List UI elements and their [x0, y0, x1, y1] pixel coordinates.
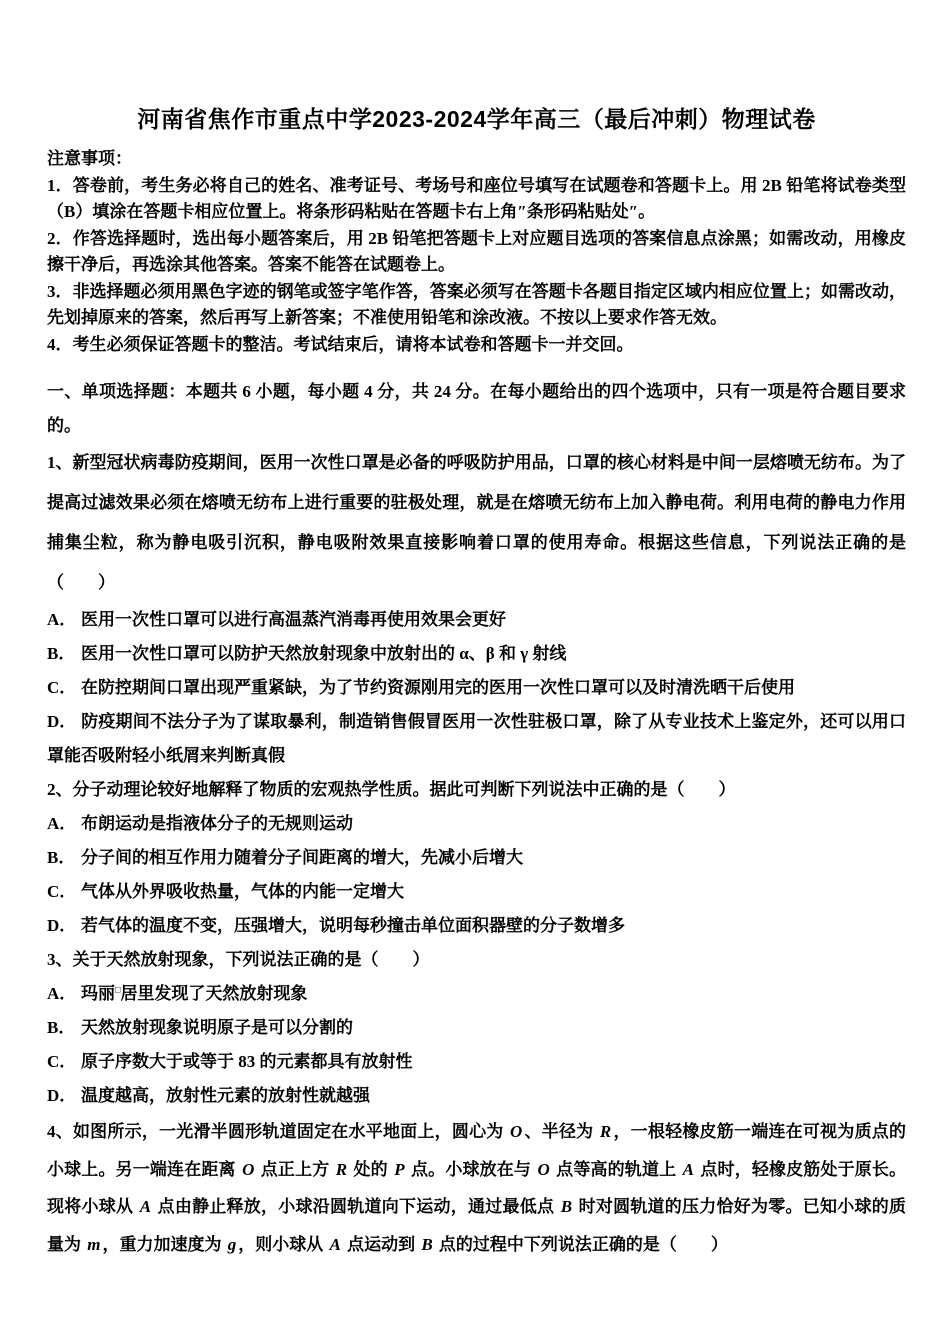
- question-3-option-b: B．天然放射现象说明原子是可以分割的: [47, 1011, 906, 1045]
- option-label: C．: [47, 875, 81, 909]
- question-2-option-d: D．若气体的温度不变，压强增大，说明每秒撞击单位面积器壁的分子数增多: [47, 909, 906, 943]
- single-choice-section: 一、单项选择题：本题共 6 小题，每小题 4 分，共 24 分。在每小题给出的四…: [47, 375, 906, 1263]
- option-text: 温度越高，放射性元素的放射性就越强: [81, 1086, 370, 1105]
- notice-heading: 注意事项：: [47, 146, 906, 173]
- option-label: A．: [47, 807, 81, 841]
- question-1-option-c: C．在防控期间口罩出现严重紧缺，为了节约资源刚用完的医用一次性口罩可以及时清洗晒…: [47, 671, 906, 705]
- question-2-option-c: C．气体从外界吸收热量，气体的内能一定增大: [47, 875, 906, 909]
- question-1-stem: 1、新型冠状病毒防疫期间，医用一次性口罩是必备的呼吸防护用品，口罩的核心材料是中…: [47, 443, 906, 603]
- notice-item-1: 1．答卷前，考生务必将自己的姓名、准考证号、考场号和座位号填写在试题卷和答题卡上…: [47, 173, 906, 226]
- notice-item-3: 3．非选择题必须用黑色字迹的钢笔或签字笔作答，答案必须写在答题卡各题目指定区域内…: [47, 279, 906, 332]
- option-label: C．: [47, 671, 81, 705]
- option-label: A．: [47, 603, 81, 637]
- option-text: 防疫期间不法分子为了谋取暴利，制造销售假冒医用一次性驻极口罩，除了从专业技术上鉴…: [47, 712, 906, 765]
- option-text: 原子序数大于或等于 83 的元素都具有放射性: [81, 1052, 413, 1071]
- option-label: B．: [47, 1011, 81, 1045]
- option-text: 气体从外界吸收热量，气体的内能一定增大: [81, 882, 404, 901]
- option-text: 医用一次性口罩可以防护天然放射现象中放射出的 α、β 和 γ 射线: [81, 644, 566, 663]
- option-text: 分子间的相互作用力随着分子间距离的增大，先减小后增大: [81, 848, 523, 867]
- option-label: B．: [47, 841, 81, 875]
- option-text: 医用一次性口罩可以进行高温蒸汽消毒再使用效果会更好: [81, 610, 506, 629]
- option-label: D．: [47, 705, 81, 739]
- option-text: 天然放射现象说明原子是可以分割的: [81, 1018, 353, 1037]
- question-2-stem: 2、分子动理论较好地解释了物质的宏观热学性质。据此可判断下列说法中正确的是（ ）: [47, 773, 906, 807]
- option-label: B．: [47, 637, 81, 671]
- question-1-option-d: D．防疫期间不法分子为了谋取暴利，制造销售假冒医用一次性驻极口罩，除了从专业技术…: [47, 705, 906, 773]
- question-2-option-b: B．分子间的相互作用力随着分子间距离的增大，先减小后增大: [47, 841, 906, 875]
- notice-item-4: 4．考生必须保证答题卡的整洁。考试结束后，请将本试卷和答题卡一并交回。: [47, 332, 906, 359]
- question-4-stem: 4、如图所示，一光滑半圆形轨道固定在水平地面上，圆心为 O、半径为 R，一根轻橡…: [47, 1113, 906, 1263]
- question-3: 3、关于天然放射现象，下列说法正确的是（ ） A．玛丽□居里发现了天然放射现象 …: [47, 943, 906, 1113]
- question-3-stem: 3、关于天然放射现象，下列说法正确的是（ ）: [47, 943, 906, 977]
- notice-item-2: 2．作答选择题时，选出每小题答案后，用 2B 铅笔把答题卡上对应题目选项的答案信…: [47, 226, 906, 279]
- question-2: 2、分子动理论较好地解释了物质的宏观热学性质。据此可判断下列说法中正确的是（ ）…: [47, 773, 906, 943]
- question-3-option-d: D．温度越高，放射性元素的放射性就越强: [47, 1079, 906, 1113]
- option-text: 在防控期间口罩出现严重紧缺，为了节约资源刚用完的医用一次性口罩可以及时清洗晒干后…: [81, 678, 795, 697]
- option-text: 玛丽□居里发现了天然放射现象: [81, 984, 307, 1003]
- option-label: D．: [47, 1079, 81, 1113]
- question-3-option-c: C．原子序数大于或等于 83 的元素都具有放射性: [47, 1045, 906, 1079]
- question-4: 4、如图所示，一光滑半圆形轨道固定在水平地面上，圆心为 O、半径为 R，一根轻橡…: [47, 1113, 906, 1263]
- option-label: A．: [47, 977, 81, 1011]
- question-3-option-a: A．玛丽□居里发现了天然放射现象: [47, 977, 906, 1011]
- notice-section: 注意事项： 1．答卷前，考生务必将自己的姓名、准考证号、考场号和座位号填写在试题…: [47, 146, 906, 358]
- option-label: C．: [47, 1045, 81, 1079]
- question-1-option-a: A．医用一次性口罩可以进行高温蒸汽消毒再使用效果会更好: [47, 603, 906, 637]
- option-text: 若气体的温度不变，压强增大，说明每秒撞击单位面积器壁的分子数增多: [81, 916, 625, 935]
- question-1-option-b: B．医用一次性口罩可以防护天然放射现象中放射出的 α、β 和 γ 射线: [47, 637, 906, 671]
- option-text: 布朗运动是指液体分子的无规则运动: [81, 814, 353, 833]
- question-2-option-a: A．布朗运动是指液体分子的无规则运动: [47, 807, 906, 841]
- option-label: D．: [47, 909, 81, 943]
- page-title: 河南省焦作市重点中学2023-2024学年高三（最后冲刺）物理试卷: [47, 104, 906, 134]
- section-heading: 一、单项选择题：本题共 6 小题，每小题 4 分，共 24 分。在每小题给出的四…: [47, 375, 906, 443]
- question-1: 1、新型冠状病毒防疫期间，医用一次性口罩是必备的呼吸防护用品，口罩的核心材料是中…: [47, 443, 906, 773]
- exam-paper-page: 河南省焦作市重点中学2023-2024学年高三（最后冲刺）物理试卷 注意事项： …: [0, 0, 950, 1344]
